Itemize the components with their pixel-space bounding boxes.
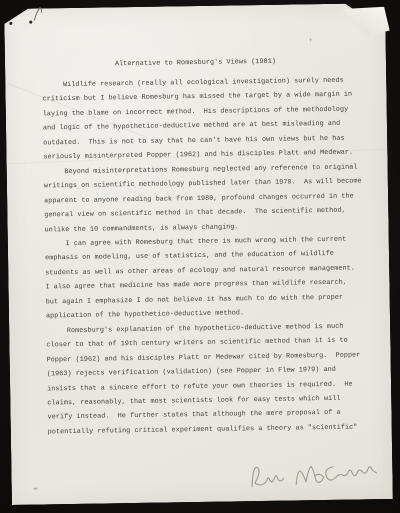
ink-dot	[9, 22, 12, 25]
paper-sheet: + Alternative to Romesburg's Views (1981…	[4, 3, 393, 505]
pencil-mark	[31, 6, 45, 22]
smudge-mark	[34, 488, 38, 490]
photo-background: + Alternative to Romesburg's Views (1981…	[0, 0, 400, 513]
typewritten-page: + Alternative to Romesburg's Views (1981…	[4, 3, 393, 505]
signature-handwriting	[242, 446, 385, 503]
plus-mark: +	[309, 37, 313, 45]
page-title: Alternative to Romesburg's Views (1981)	[5, 56, 386, 70]
body-text: Wildlife research (really all ecological…	[42, 73, 366, 439]
